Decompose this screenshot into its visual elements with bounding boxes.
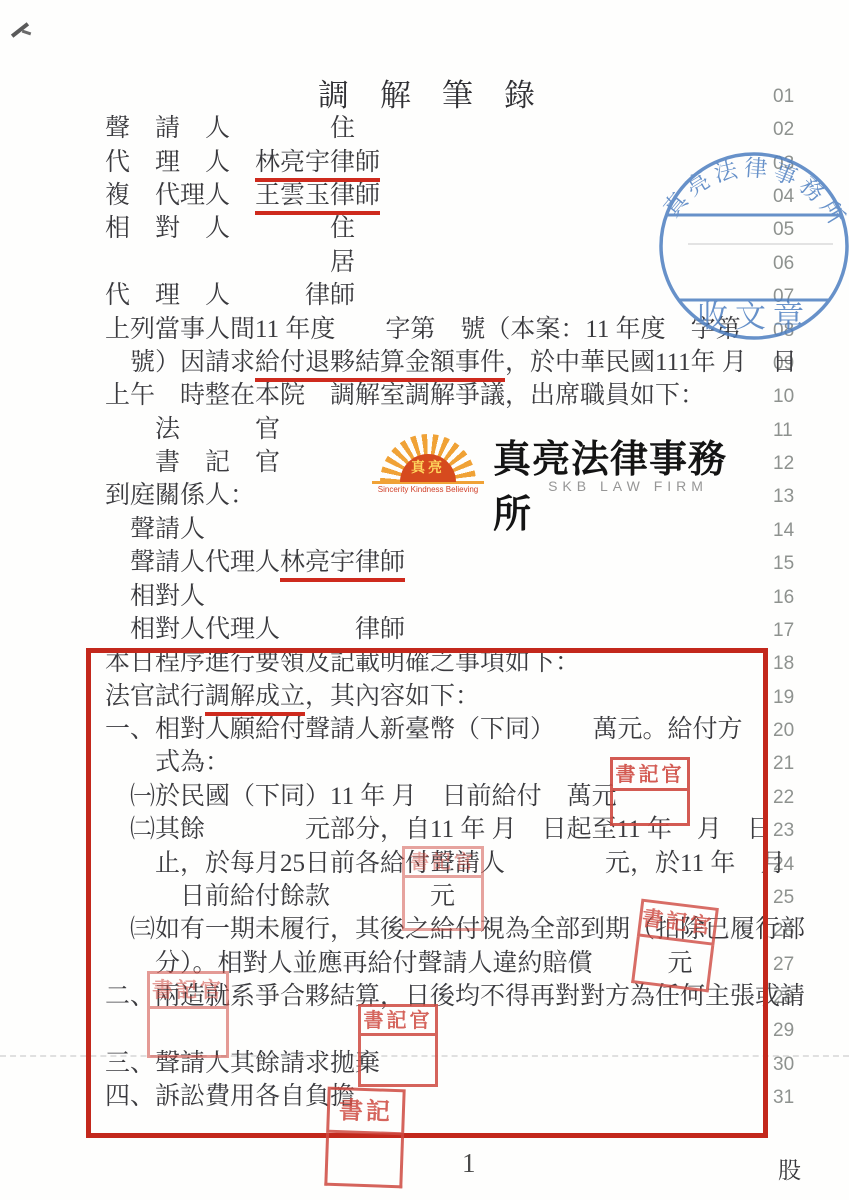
line-number: 20 — [773, 720, 794, 742]
line-number: 23 — [773, 820, 794, 842]
section-label: 股 — [778, 1152, 801, 1185]
clerk-stamp: 書記官 — [631, 899, 719, 993]
line-number: 13 — [773, 486, 794, 508]
line-number: 19 — [773, 687, 794, 709]
line-number: 18 — [773, 653, 794, 675]
red-underlined-text: 林亮宇律師 — [255, 149, 380, 182]
clerk-stamp-box — [631, 936, 714, 992]
doc-line-09: 號）因請求給付退夥結算金額事件，於中華民國111年 月 日 — [105, 349, 797, 376]
red-underlined-text: 給付退夥結算金額事件 — [255, 349, 505, 382]
line-number: 12 — [773, 453, 794, 475]
doc-line-13: 到庭關係人： — [105, 482, 255, 509]
clerk-stamp: 書記官 — [402, 846, 484, 931]
clerk-stamp-box — [324, 1133, 404, 1189]
red-underlined-text: 林亮宇律師 — [280, 549, 405, 582]
doc-line-08: 上列當事人間11 年度 字第 號（本案：11 年度 字第 — [105, 316, 741, 343]
doc-line-06: 居 — [105, 249, 355, 276]
doc-line-07: 代 理 人 律師 — [105, 282, 355, 309]
doc-line-04: 複 代理人 王雲玉律師 — [105, 182, 380, 209]
clerk-stamp-label: 書記官 — [358, 1004, 438, 1036]
line-number: 15 — [773, 553, 794, 575]
clerk-stamp-label: 書記官 — [326, 1087, 406, 1136]
line-number: 14 — [773, 520, 794, 542]
line-number: 16 — [773, 587, 794, 609]
clerk-stamp: 書記官 — [147, 971, 229, 1058]
clerk-stamp-box — [402, 878, 484, 931]
doc-line-01: 調 解 筆 錄 — [318, 82, 535, 109]
scanned-document-page: 調 解 筆 錄01聲 請 人 住02代 理 人 林亮宇律師03複 代理人 王雲玉… — [0, 0, 849, 1200]
line-number: 27 — [773, 954, 794, 976]
line-number: 25 — [773, 887, 794, 909]
seal-arc-text: 真亮法律事務所 — [657, 148, 849, 246]
line-number: 21 — [773, 753, 794, 775]
clerk-stamp-box — [358, 1036, 438, 1087]
doc-line-10: 上午 時整在本院 調解室調解爭議，出席職員如下： — [105, 382, 705, 409]
doc-line-11: 法 官 — [105, 416, 280, 443]
doc-line-16: 相對人 — [105, 583, 205, 610]
red-underlined-text: 王雲玉律師 — [255, 182, 380, 215]
clerk-stamp-label: 書記官 — [610, 757, 690, 791]
sun-core-text: 真亮 — [411, 461, 445, 476]
clerk-stamp: 書記官 — [324, 1087, 405, 1189]
clerk-stamp-label: 書記官 — [402, 846, 484, 878]
clerk-stamp-label: 書記官 — [147, 971, 229, 1009]
doc-line-14: 聲請人 — [105, 516, 205, 543]
line-number: 11 — [773, 420, 793, 442]
scan-artifact-mark — [22, 30, 31, 36]
firm-name-en: SKB LAW FIRM — [493, 478, 763, 494]
line-number: 22 — [773, 787, 794, 809]
line-number: 10 — [773, 386, 794, 408]
seal-bottom-text: 收文章 — [697, 299, 811, 334]
clerk-stamp: 書記官 — [610, 757, 690, 826]
clerk-stamp-box — [147, 1009, 229, 1058]
logo-slogan: Sincerity Kindness Believing — [368, 485, 488, 494]
line-number: 17 — [773, 620, 794, 642]
law-firm-receipt-seal: 真亮法律事務所 收文章 — [652, 148, 849, 344]
page-number: 1 — [462, 1148, 476, 1179]
svg-text:真亮法律事務所: 真亮法律事務所 — [657, 148, 849, 246]
doc-line-17: 相對人代理人 律師 — [105, 616, 405, 643]
law-firm-logo: 真亮 Sincerity Kindness Believing 真亮法律事務所 … — [368, 424, 748, 518]
doc-line-05: 相 對 人 住 — [105, 215, 355, 242]
line-number: 02 — [773, 119, 794, 141]
doc-line-03: 代 理 人 林亮宇律師 — [105, 149, 380, 176]
clerk-stamp: 書記官 — [358, 1004, 438, 1087]
doc-line-15: 聲請人代理人林亮宇律師 — [105, 549, 405, 576]
doc-line-02: 聲 請 人 住 — [105, 115, 355, 142]
line-number: 29 — [773, 1020, 794, 1042]
line-number: 31 — [773, 1087, 794, 1109]
doc-line-12: 書 記 官 — [105, 449, 280, 476]
clerk-stamp-box — [610, 791, 690, 826]
line-number: 30 — [773, 1054, 794, 1076]
line-number: 01 — [773, 86, 794, 108]
